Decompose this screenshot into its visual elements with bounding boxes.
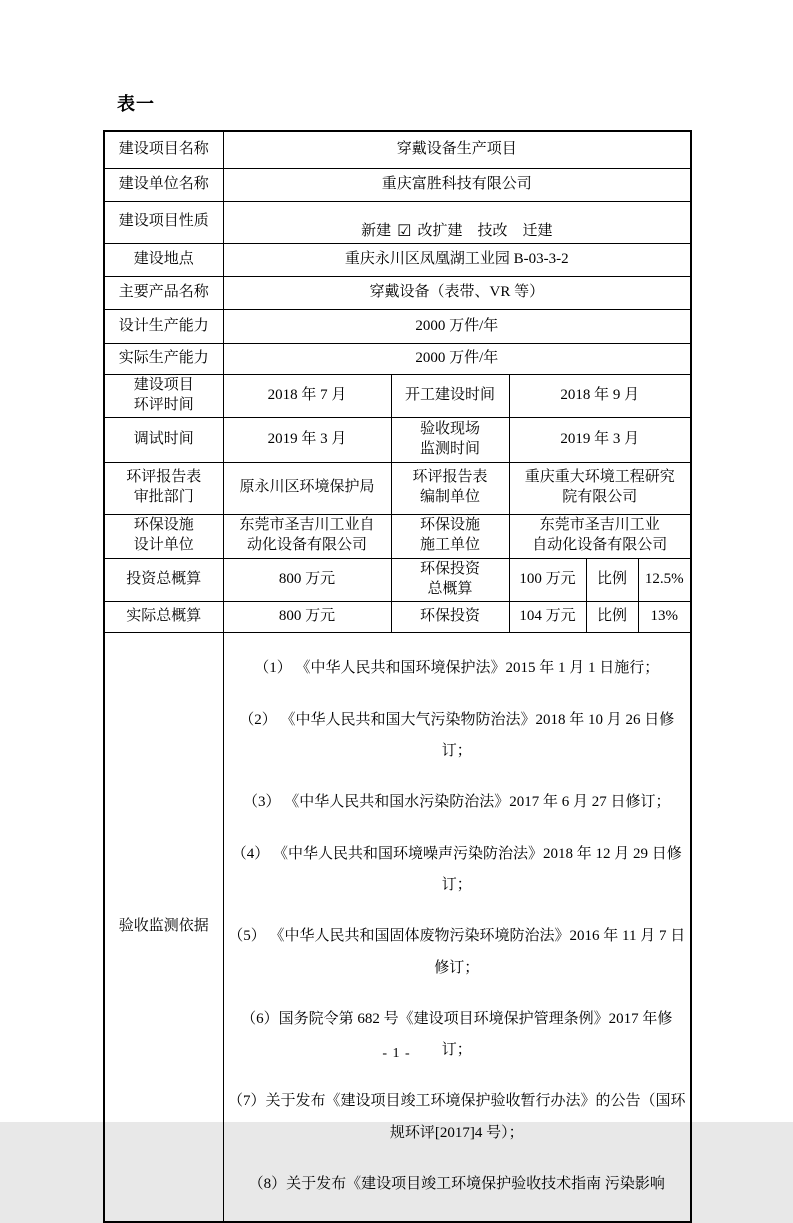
acceptance-basis-label: 验收监测依据 xyxy=(104,632,223,1222)
basis-item-7: （7）关于发布《建设项目竣工环境保护验收暂行办法》的公告（国环规环评[2017]… xyxy=(228,1086,687,1149)
ratio-value: 12.5% xyxy=(638,558,691,601)
table-row: 验收监测依据 （1） 《中华人民共和国环境保护法》2015 年 1 月 1 日施… xyxy=(104,632,691,1222)
table-row: 建设项目名称 穿戴设备生产项目 xyxy=(104,131,691,168)
actual-total-budget-label: 实际总概算 xyxy=(104,601,223,632)
project-nature-value: 新建☑改扩建 技改 迁建 xyxy=(223,201,691,244)
basis-item-1: （1） 《中华人民共和国环境保护法》2015 年 1 月 1 日施行； xyxy=(228,653,687,684)
env-investment-budget-value: 100 万元 xyxy=(509,558,586,601)
nature-options-rest: 改扩建 技改 迁建 xyxy=(417,223,552,239)
actual-total-budget-value: 800 万元 xyxy=(223,601,391,632)
acceptance-monitoring-time-value: 2019 年 3 月 xyxy=(509,417,691,462)
table-row: 环保设施 设计单位 东莞市圣吉川工业自 动化设备有限公司 环保设施 施工单位 东… xyxy=(104,514,691,558)
env-investment-budget-label: 环保投资 总概算 xyxy=(391,558,509,601)
design-capacity-label: 设计生产能力 xyxy=(104,310,223,344)
ratio-label: 比例 xyxy=(586,558,638,601)
location-label: 建设地点 xyxy=(104,244,223,277)
table-row: 建设项目 环评时间 2018 年 7 月 开工建设时间 2018 年 9 月 xyxy=(104,375,691,418)
eia-compilation-unit-label: 环评报告表 编制单位 xyxy=(391,462,509,514)
actual-capacity-value: 2000 万件/年 xyxy=(223,344,691,375)
table-row: 建设地点 重庆永川区凤凰湖工业园 B-03-3-2 xyxy=(104,244,691,277)
company-name-label: 建设单位名称 xyxy=(104,168,223,201)
ratio-value: 13% xyxy=(638,601,691,632)
nature-option-new: 新建 xyxy=(361,223,391,239)
project-name-label: 建设项目名称 xyxy=(104,131,223,168)
eia-approval-dept-label: 环评报告表 审批部门 xyxy=(104,462,223,514)
env-design-unit-label: 环保设施 设计单位 xyxy=(104,514,223,558)
total-budget-label: 投资总概算 xyxy=(104,558,223,601)
main-products-label: 主要产品名称 xyxy=(104,277,223,310)
acceptance-monitoring-time-label: 验收现场 监测时间 xyxy=(391,417,509,462)
table-row: 实际总概算 800 万元 环保投资 104 万元 比例 13% xyxy=(104,601,691,632)
project-name-value: 穿戴设备生产项目 xyxy=(223,131,691,168)
total-budget-value: 800 万元 xyxy=(223,558,391,601)
table-row: 设计生产能力 2000 万件/年 xyxy=(104,310,691,344)
main-products-value: 穿戴设备（表带、VR 等） xyxy=(223,277,691,310)
basis-item-3: （3） 《中华人民共和国水污染防治法》2017 年 6 月 27 日修订； xyxy=(228,787,687,818)
eia-time-label: 建设项目 环评时间 xyxy=(104,375,223,418)
location-value: 重庆永川区凤凰湖工业园 B-03-3-2 xyxy=(223,244,691,277)
ratio-label: 比例 xyxy=(586,601,638,632)
table-row: 环评报告表 审批部门 原永川区环境保护局 环评报告表 编制单位 重庆重大环境工程… xyxy=(104,462,691,514)
eia-compilation-unit-value: 重庆重大环境工程研究 院有限公司 xyxy=(509,462,691,514)
design-capacity-value: 2000 万件/年 xyxy=(223,310,691,344)
env-construction-unit-value: 东莞市圣吉川工业 自动化设备有限公司 xyxy=(509,514,691,558)
table-row: 调试时间 2019 年 3 月 验收现场 监测时间 2019 年 3 月 xyxy=(104,417,691,462)
basis-item-4: （4） 《中华人民共和国环境噪声污染防治法》2018 年 12 月 29 日修订… xyxy=(228,839,687,902)
construction-start-label: 开工建设时间 xyxy=(391,375,509,418)
basis-item-2: （2） 《中华人民共和国大气污染物防治法》2018 年 10 月 26 日修订； xyxy=(228,705,687,768)
company-name-value: 重庆富胜科技有限公司 xyxy=(223,168,691,201)
table-caption: 表一 xyxy=(117,90,155,116)
env-construction-unit-label: 环保设施 施工单位 xyxy=(391,514,509,558)
table-row: 建设项目性质 新建☑改扩建 技改 迁建 xyxy=(104,201,691,244)
table-row: 投资总概算 800 万元 环保投资 总概算 100 万元 比例 12.5% xyxy=(104,558,691,601)
document-page: 表一 建设项目名称 穿戴设备生产项目 建设单位名称 重庆富胜科技有限公司 建设项… xyxy=(0,0,793,1122)
checkbox-checked-icon: ☑ xyxy=(397,224,411,240)
debug-time-value: 2019 年 3 月 xyxy=(223,417,391,462)
debug-time-label: 调试时间 xyxy=(104,417,223,462)
acceptance-basis-content: （1） 《中华人民共和国环境保护法》2015 年 1 月 1 日施行； （2） … xyxy=(223,632,691,1222)
env-investment-label: 环保投资 xyxy=(391,601,509,632)
env-design-unit-value: 东莞市圣吉川工业自 动化设备有限公司 xyxy=(223,514,391,558)
actual-capacity-label: 实际生产能力 xyxy=(104,344,223,375)
construction-start-value: 2018 年 9 月 xyxy=(509,375,691,418)
project-nature-label: 建设项目性质 xyxy=(104,201,223,244)
eia-approval-dept-value: 原永川区环境保护局 xyxy=(223,462,391,514)
page-number: - 1 - xyxy=(0,1046,793,1062)
basis-item-5: （5） 《中华人民共和国固体废物污染环境防治法》2016 年 11 月 7 日修… xyxy=(228,921,687,984)
eia-time-value: 2018 年 7 月 xyxy=(223,375,391,418)
env-investment-value: 104 万元 xyxy=(509,601,586,632)
table-row: 建设单位名称 重庆富胜科技有限公司 xyxy=(104,168,691,201)
table-row: 主要产品名称 穿戴设备（表带、VR 等） xyxy=(104,277,691,310)
basis-item-8: （8）关于发布《建设项目竣工环境保护验收技术指南 污染影响 xyxy=(228,1169,687,1200)
table-row: 实际生产能力 2000 万件/年 xyxy=(104,344,691,375)
